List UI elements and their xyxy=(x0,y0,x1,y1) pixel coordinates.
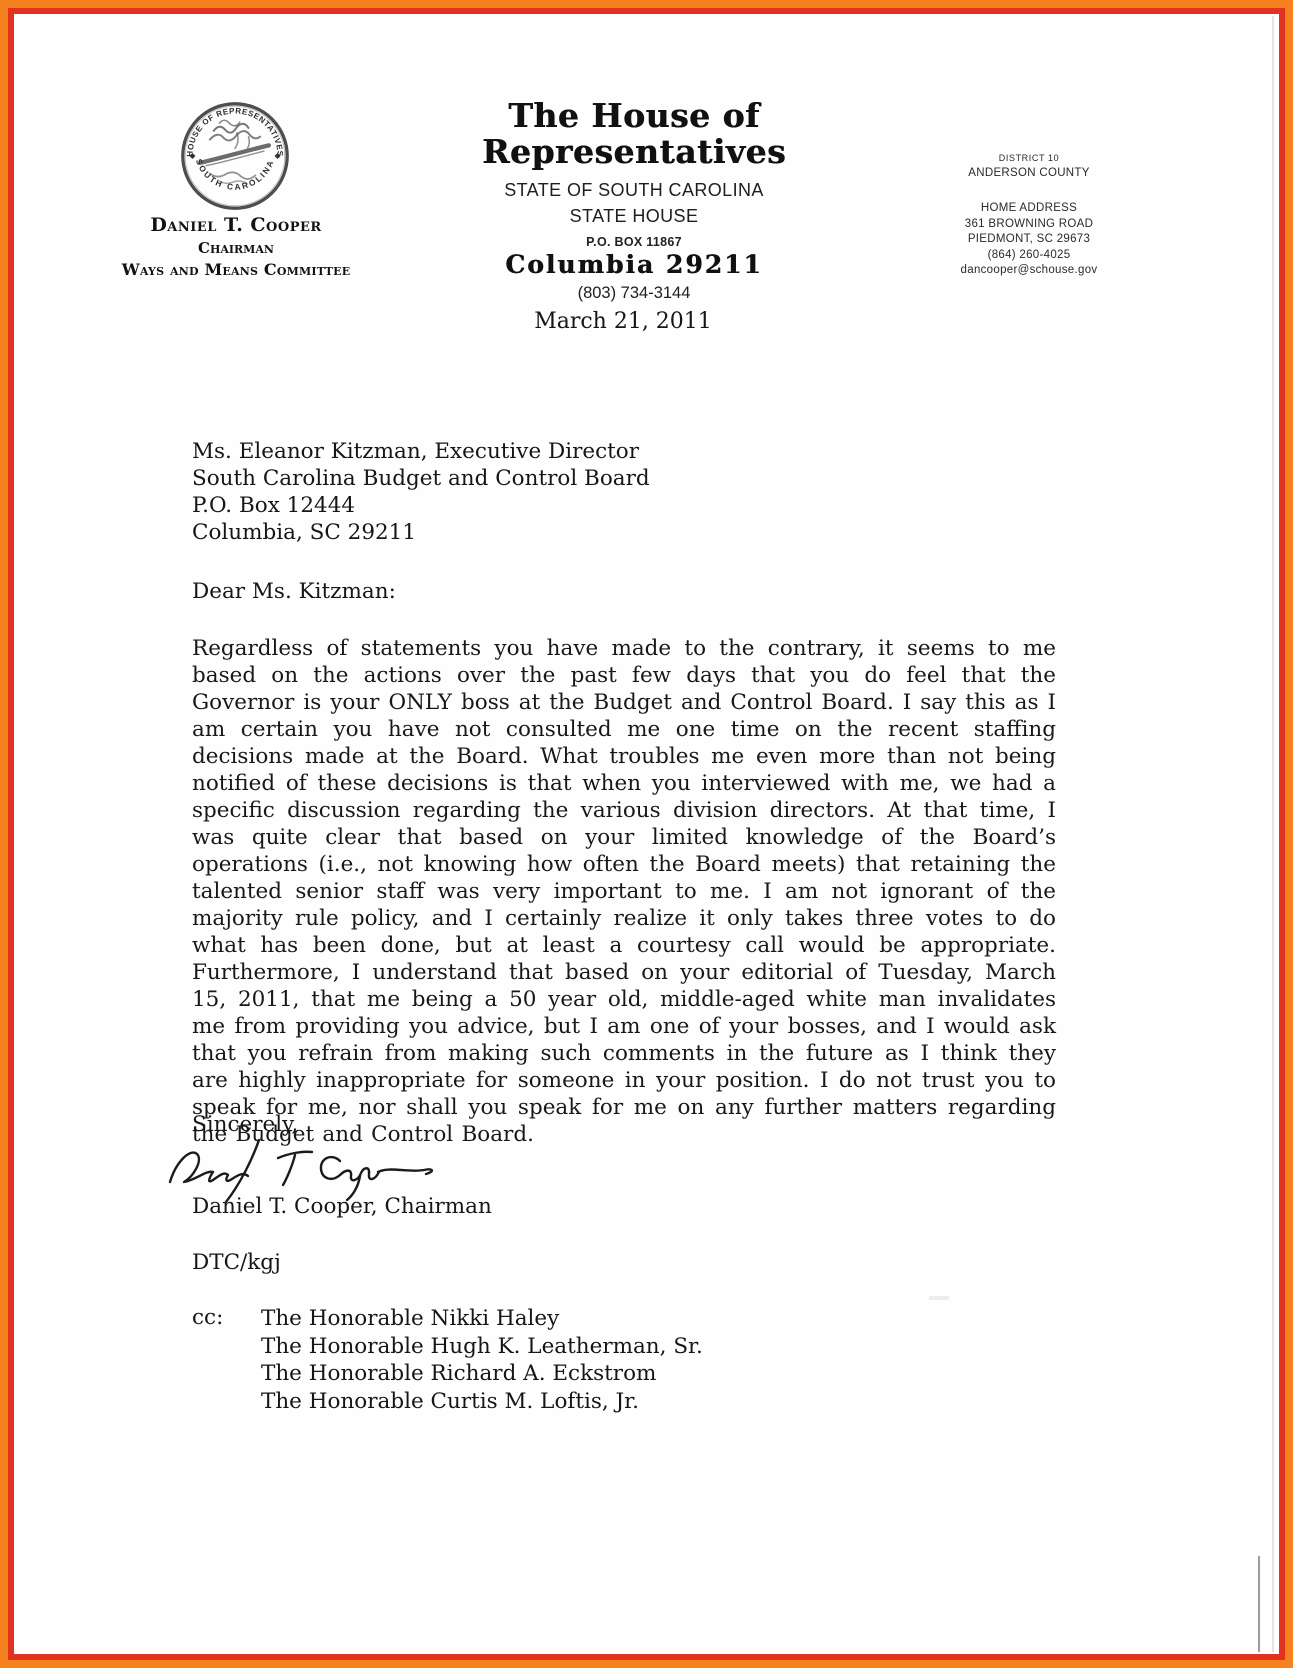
letterhead-city: Columbia 29211 xyxy=(402,250,866,279)
letterhead-left-block: Daniel T. Cooper Chairman Ways and Means… xyxy=(106,214,366,279)
house-seal: HOUSE OF REPRESENTATIVES SOUTH CAROLINA xyxy=(177,98,293,214)
home-address-line2: PIEDMONT, SC 29673 xyxy=(912,233,1146,245)
letter-date: March 21, 2011 xyxy=(192,309,1054,334)
sender-committee: Ways and Means Committee xyxy=(106,260,366,279)
letterhead-right-block: DISTRICT 10 ANDERSON COUNTY HOME ADDRESS… xyxy=(912,153,1146,276)
letterhead-center-block: The House of Representatives STATE OF SO… xyxy=(402,98,866,303)
scan-smudge xyxy=(929,1296,949,1300)
letterhead-house-line: STATE HOUSE xyxy=(402,206,866,227)
house-seal-icon: HOUSE OF REPRESENTATIVES SOUTH CAROLINA xyxy=(177,98,293,214)
cc-recipient: The Honorable Nikki Haley xyxy=(261,1305,703,1333)
county-label: ANDERSON COUNTY xyxy=(912,167,1146,179)
district-label: DISTRICT 10 xyxy=(912,153,1146,163)
recipient-line: Columbia, SC 29211 xyxy=(192,519,650,546)
cc-recipient: The Honorable Hugh K. Leatherman, Sr. xyxy=(261,1333,703,1361)
signature xyxy=(162,1128,452,1204)
cc-recipient: The Honorable Curtis M. Loftis, Jr. xyxy=(261,1388,703,1416)
cc-block: cc: The Honorable Nikki Haley The Honora… xyxy=(192,1305,703,1415)
reference-initials: DTC/kgj xyxy=(192,1250,281,1275)
cc-label: cc: xyxy=(192,1305,261,1415)
recipient-line: Ms. Eleanor Kitzman, Executive Director xyxy=(192,438,650,465)
scan-edge-line xyxy=(1272,16,1274,1652)
sender-name: Daniel T. Cooper xyxy=(106,214,366,236)
home-phone: (864) 260-4025 xyxy=(912,249,1146,261)
scan-edge-shadow xyxy=(1258,1556,1260,1652)
sender-email: dancooper@schouse.gov xyxy=(912,264,1146,276)
cc-recipient: The Honorable Richard A. Eckstrom xyxy=(261,1360,703,1388)
typed-signature-name: Daniel T. Cooper, Chairman xyxy=(192,1194,492,1219)
salutation: Dear Ms. Kitzman: xyxy=(192,579,396,604)
home-address-label: HOME ADDRESS xyxy=(912,202,1146,214)
recipient-line: P.O. Box 12444 xyxy=(192,492,650,519)
sender-title: Chairman xyxy=(106,239,366,257)
letterhead-phone: (803) 734-3144 xyxy=(402,284,866,303)
cc-list: The Honorable Nikki Haley The Honorable … xyxy=(261,1305,703,1415)
letter-page: HOUSE OF REPRESENTATIVES SOUTH CAROLINA … xyxy=(14,14,1279,1654)
letter-body: Regardless of statements you have made t… xyxy=(192,635,1056,1148)
signature-script-icon xyxy=(162,1128,452,1204)
home-address-line1: 361 BROWNING ROAD xyxy=(912,218,1146,230)
recipient-address-block: Ms. Eleanor Kitzman, Executive Director … xyxy=(192,438,650,546)
recipient-line: South Carolina Budget and Control Board xyxy=(192,465,650,492)
letterhead-po-box: P.O. BOX 11867 xyxy=(402,235,866,249)
letterhead-title: The House of Representatives xyxy=(402,98,866,171)
letterhead-state-line: STATE OF SOUTH CAROLINA xyxy=(402,180,866,201)
